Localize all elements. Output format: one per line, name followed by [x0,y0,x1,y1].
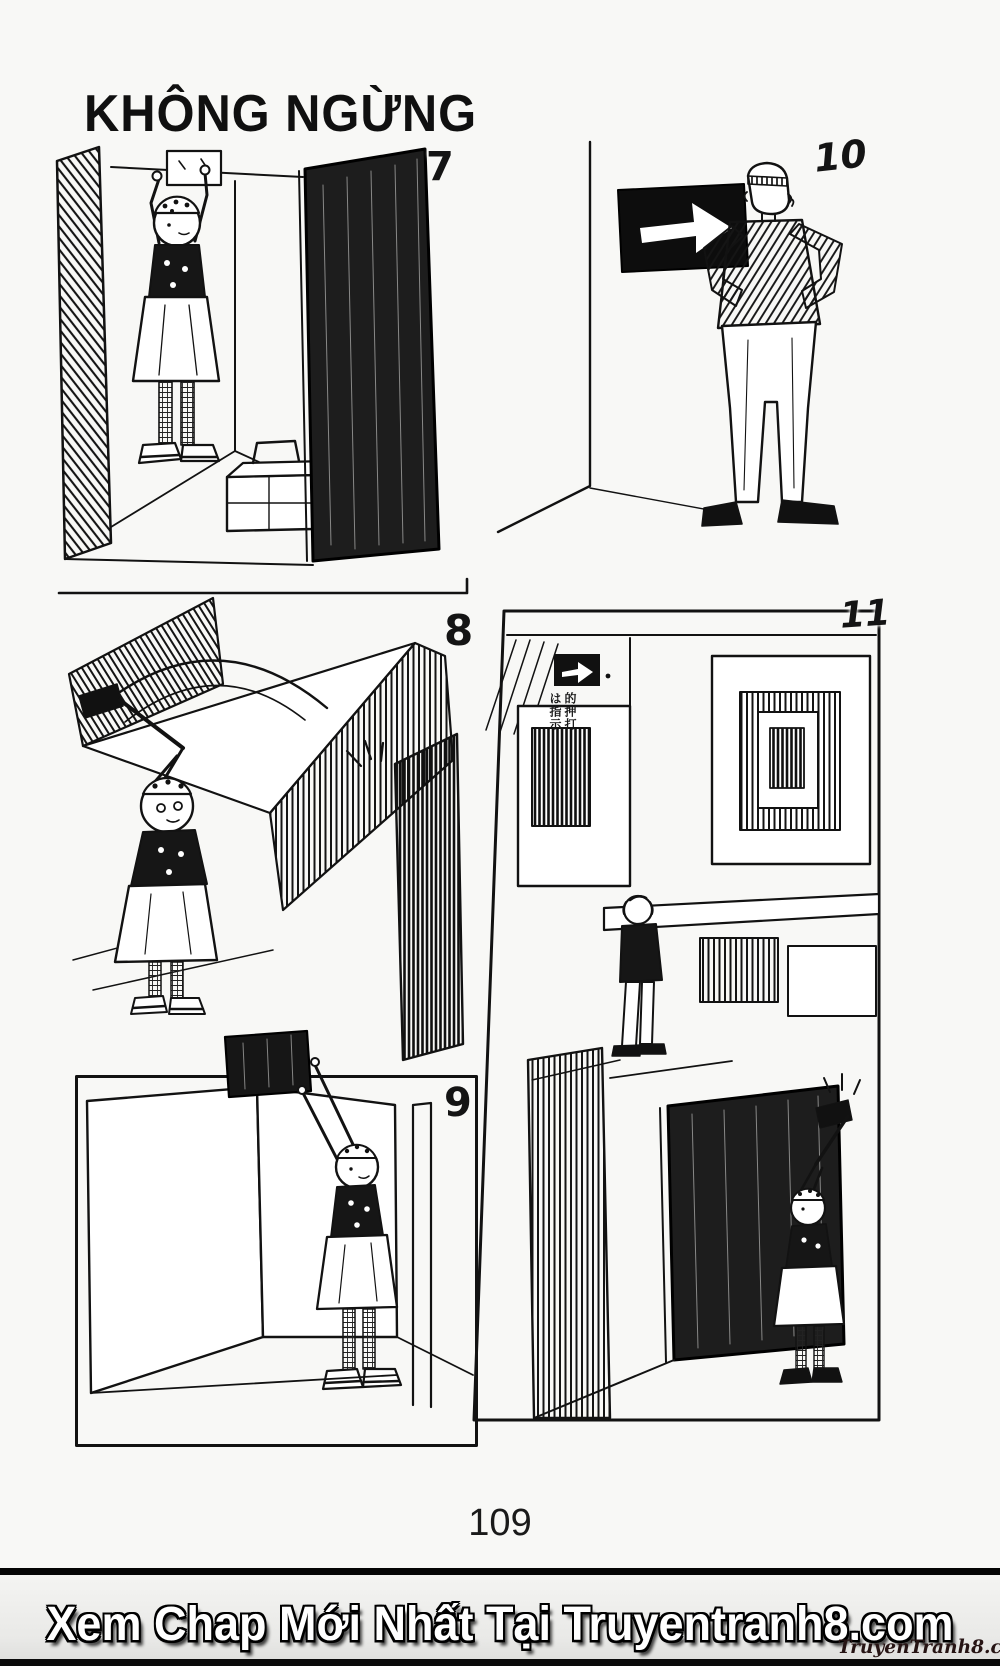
panel-7 [55,145,465,600]
panel-10-artwork [490,140,910,540]
comic-page: KHÔNG NGỪNG [0,0,1000,1666]
panel-8-artwork [65,588,465,1070]
site-watermark: TruyenTranh8.com [838,1636,995,1658]
page-title: KHÔNG NGỪNG [84,84,477,144]
panel-7-artwork [55,145,465,600]
maze-sign-caption-col2: は指示 [548,692,561,768]
arrow-sign-small [554,654,610,686]
panel-11 [470,608,882,1426]
panel-10-number: 10 [812,131,869,180]
panel-7-number: 7 [426,144,454,190]
panel-11-number: 11 [839,592,892,636]
panel-10 [490,140,910,540]
page-number: 109 [0,1502,1000,1545]
panel-8 [65,588,465,1070]
panel-9 [75,1075,478,1447]
maze-sign-caption: は指示 的押打 [548,692,576,768]
panel-9-artwork [75,1075,478,1447]
maze-sign-caption-col1: 的押打 [563,692,576,768]
footer-bottom-rule [0,1659,1000,1666]
panel-11-artwork [470,608,882,1426]
panel-8-number: 8 [444,606,473,655]
footer-top-rule [0,1568,1000,1575]
panel-9-number: 9 [444,1080,472,1126]
